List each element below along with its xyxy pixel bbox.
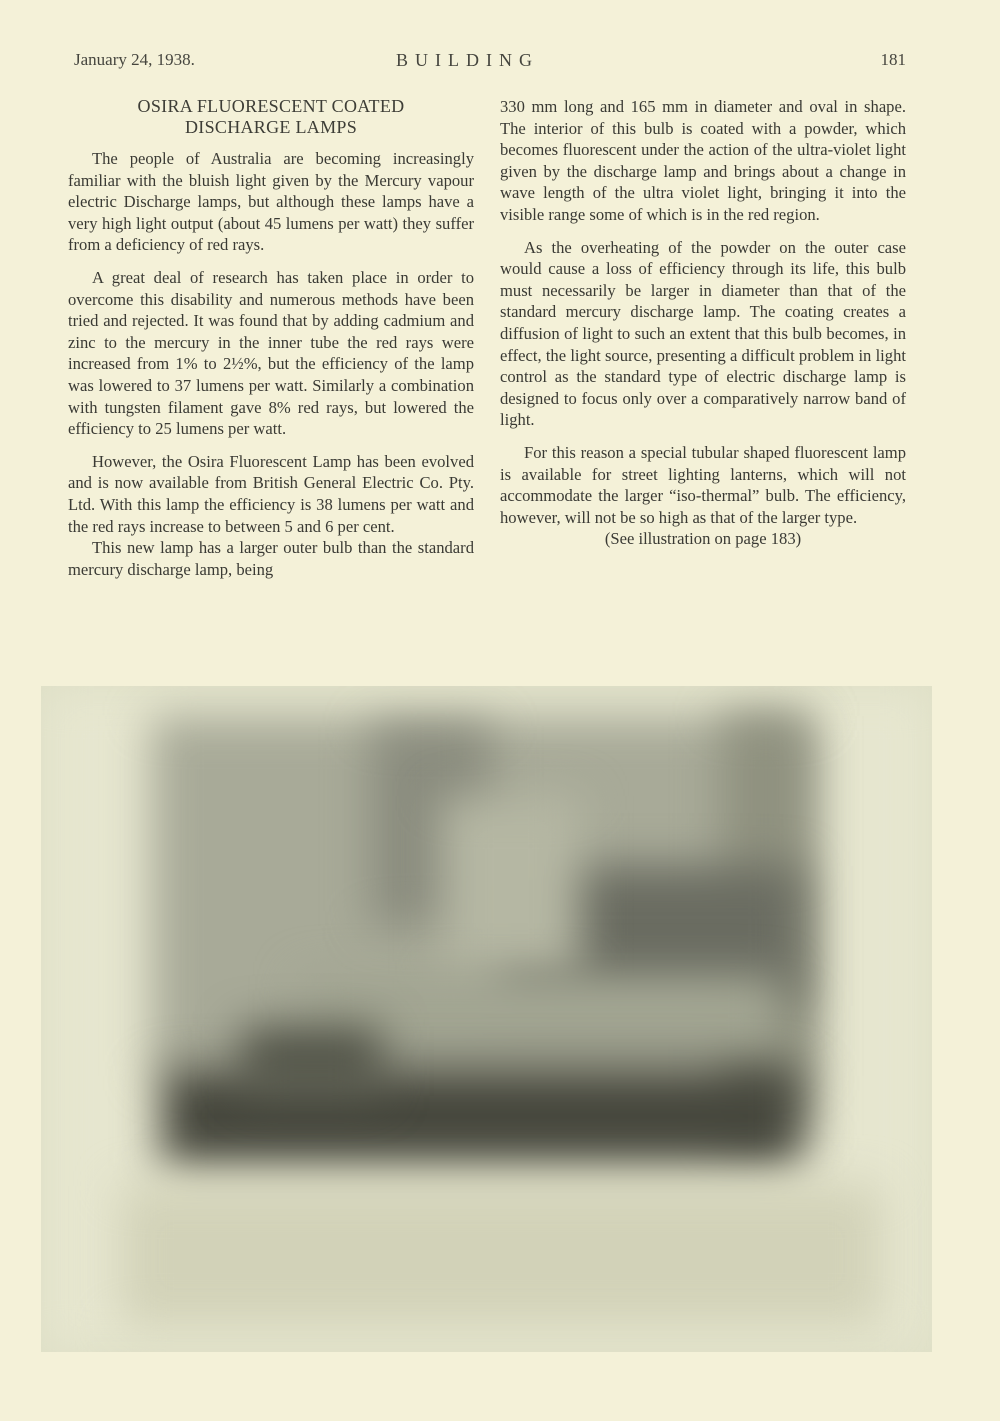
issue-date: January 24, 1938.	[74, 50, 195, 70]
paragraph-4-continued: 330 mm long and 165 mm in diameter and o…	[500, 96, 906, 226]
illustration-reference: (See illustration on page 183)	[500, 528, 906, 550]
title-line-1: OSIRA FLUORESCENT COATED	[68, 96, 474, 117]
article-column-right: 330 mm long and 165 mm in diameter and o…	[500, 96, 906, 561]
running-header: January 24, 1938. BUILDING 181	[74, 50, 906, 72]
blurred-photograph	[41, 686, 932, 1352]
paragraph-3: However, the Osira Fluorescent Lamp has …	[68, 451, 474, 537]
paragraph-5: As the overheating of the powder on the …	[500, 237, 906, 431]
paragraph-2: A great deal of research has taken place…	[68, 267, 474, 440]
publication-title: BUILDING	[396, 50, 539, 71]
page-number: 181	[881, 50, 907, 70]
article-column-left: OSIRA FLUORESCENT COATED DISCHARGE LAMPS…	[68, 96, 474, 580]
article-title: OSIRA FLUORESCENT COATED DISCHARGE LAMPS	[68, 96, 474, 138]
paragraph-1: The people of Australia are becoming inc…	[68, 148, 474, 256]
title-line-2: DISCHARGE LAMPS	[68, 117, 474, 138]
paragraph-6: For this reason a special tubular shaped…	[500, 442, 906, 528]
paragraph-4-start: This new lamp has a larger outer bulb th…	[68, 537, 474, 580]
